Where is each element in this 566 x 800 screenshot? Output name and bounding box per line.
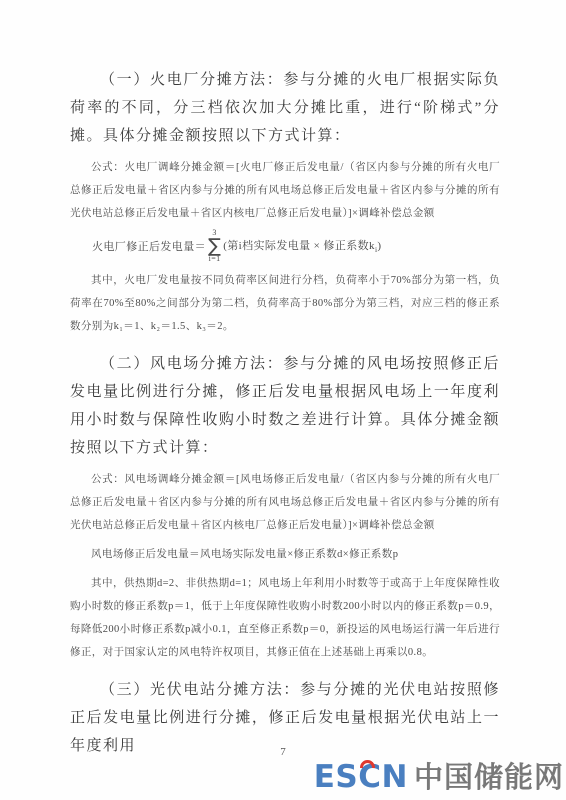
section-2-note: 其中，供热期d=2、非供热期d=1；风电场上年利用小时数等于或高于上年度保障性收… [70, 572, 500, 664]
sum-rhs-text: (第i档实际发电量 × 修正系数k [223, 240, 375, 252]
sigma-lower-limit: i=1 [209, 255, 221, 263]
section-1-note: 其中，火电厂发电量按不同负荷率区间进行分档，负荷率小于70%部分为第一档，负荷率… [70, 269, 500, 338]
logo-chinese-name: 中国储能网 [414, 755, 564, 796]
sum-rhs-close: ) [377, 240, 381, 252]
section-2-formula-secondary: 风电场修正后发电量＝风电场实际发电量×修正系数d×修正系数p [70, 543, 500, 566]
sigma-glyph: ∑ [208, 237, 221, 255]
escn-logo: ESCN 中国储能网 [314, 755, 564, 796]
sigma-symbol: 3 ∑ i=1 [208, 229, 221, 263]
section-1-formula: 公式：火电厂调峰分摊金额＝[火电厂修正后发电量/（省区内参与分摊的所有火电厂总修… [70, 156, 500, 225]
section-1-sum-formula: 火电厂修正后发电量＝ 3 ∑ i=1 (第i档实际发电量 × 修正系数ki) [70, 229, 500, 263]
logo-letter-n: N [382, 759, 408, 795]
document-content: （一）火电厂分摊方法：参与分摊的火电厂根据实际负荷率的不同，分三档依次加大分摊比… [0, 0, 566, 760]
escn-wordmark: ESCN [314, 759, 408, 795]
section-1-heading: （一）火电厂分摊方法：参与分摊的火电厂根据实际负荷率的不同，分三档依次加大分摊比… [70, 66, 500, 150]
section-2-formula: 公式：风电场调峰分摊金额＝[风电场修正后发电量/（省区内参与分摊的所有火电厂总修… [70, 468, 500, 537]
logo-letters-es: ES [314, 759, 359, 795]
sum-formula-rhs: (第i档实际发电量 × 修正系数ki) [223, 237, 381, 254]
sum-formula-lhs: 火电厂修正后发电量＝ [92, 238, 206, 254]
logo-letter-c: C [358, 759, 381, 795]
section-2-heading: （二）风电场分摊方法：参与分摊的风电场按照修正后发电量比例进行分摊，修正后发电量… [70, 350, 500, 462]
document-page: （一）火电厂分摊方法：参与分摊的火电厂根据实际负荷率的不同，分三档依次加大分摊比… [0, 0, 566, 800]
